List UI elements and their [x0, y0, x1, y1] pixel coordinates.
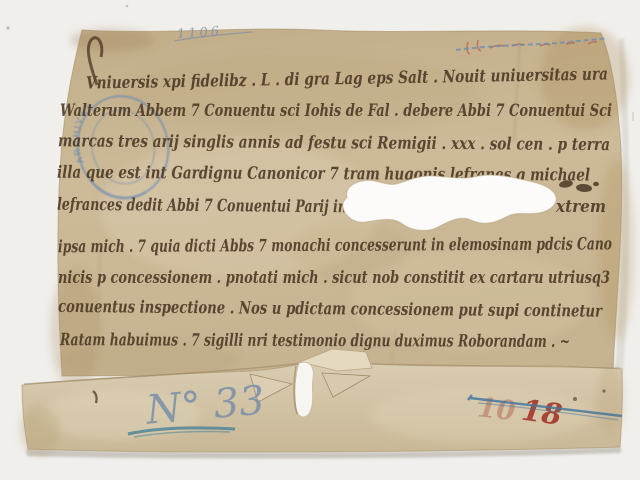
- red-number-faded: 10: [476, 392, 517, 427]
- plica-tear: [295, 362, 313, 417]
- manuscript-line: nicis p concessionem . pnotati mich . si…: [58, 268, 610, 288]
- manuscript-line-end: xtrem: [555, 197, 606, 217]
- manuscript-line: ipsa mich . 7 quia dicti Abbs 7 monachi …: [58, 234, 612, 257]
- manuscript-line: lefrances dedit Abbi 7 Conuentui Parij i…: [57, 195, 347, 218]
- manuscript-line: marcas tres arij singlis annis ad festu …: [58, 131, 610, 155]
- parchment-photo: ARCHIVES 1106 Vniuersis xpi fidelibz . L…: [0, 0, 640, 480]
- manuscript-line: Ratam habuimus . 7 sigilli nri testimoni…: [59, 330, 570, 352]
- manuscript-line: Walterum Abbem 7 Conuentu sci Iohis de F…: [60, 101, 612, 121]
- photo-stage: ARCHIVES 1106 Vniuersis xpi fidelibz . L…: [0, 0, 640, 480]
